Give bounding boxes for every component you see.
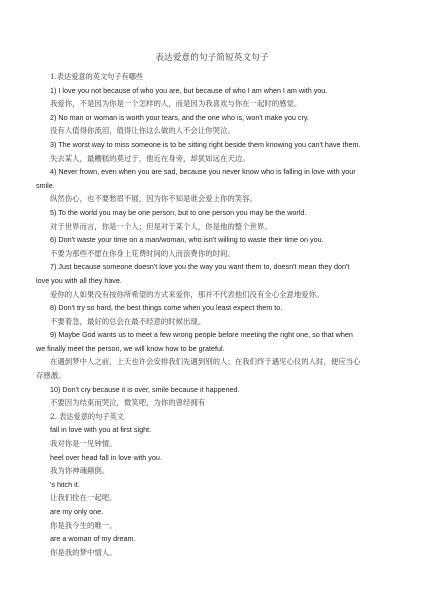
phrase-zh-2: 我为你神魂颠倒。	[36, 464, 362, 478]
sentence-zh-10: 不要因为结束而哭泣，微笑吧，为你的曾经拥有	[36, 396, 362, 410]
sentence-zh-8: 不要着急，最好的总会在最不经意的时候出现。	[36, 315, 362, 329]
sentence-en-8: 8) Don't try so hard, the best things co…	[36, 301, 362, 315]
phrase-en-3: 's hitch it.	[36, 478, 362, 492]
sentence-en-4: 4) Never frown, even when you are sad, b…	[36, 165, 362, 192]
sentence-en-2: 2) No man or woman is worth your tears, …	[36, 111, 362, 125]
sentence-zh-9: 在遇到梦中人之前，上天也许会安排我们先遇到别的人；在我们终于遇见心仪的人时，便应…	[36, 355, 362, 382]
sentence-zh-3: 失去某人，最糟糕的莫过于，他近在身旁，却犹如远在天边。	[36, 152, 362, 166]
document-page: 表达爱意的句子简短英文句子 1.表达爱意的英文句子有哪些 1) I love y…	[0, 0, 424, 600]
document-body: 1.表达爱意的英文句子有哪些 1) I love you not because…	[36, 70, 362, 559]
phrase-en-1: fall in love with you at first sight.	[36, 423, 362, 437]
sentence-zh-7: 爱你的人如果没有按你所希望的方式来爱你，那并不代表他们没有全心全意地爱你。	[36, 288, 362, 302]
phrase-en-4: are my only one.	[36, 505, 362, 519]
phrase-zh-5: 你是我的梦中情人。	[36, 546, 362, 560]
section-2-heading: 2. 表达爱意的句子英文	[36, 410, 362, 424]
sentence-zh-6: 不要为那些不愿在你身上花费时间的人而浪费你的时间。	[36, 247, 362, 261]
sentence-zh-5: 对于世界而言，你是一个人；但是对于某个人，你是他的整个世界。	[36, 220, 362, 234]
sentence-en-10: 10) Don't cry because it is over, smile …	[36, 383, 362, 397]
sentence-en-3: 3) The worst way to miss someone is to b…	[36, 138, 362, 152]
sentence-en-6: 6) Don't waste your time on a man/woman,…	[36, 233, 362, 247]
phrase-en-2: heel over head fall in love with you.	[36, 451, 362, 465]
section-1-heading: 1.表达爱意的英文句子有哪些	[36, 70, 362, 84]
sentence-zh-1: 我爱你，不是因为你是一个怎样的人，而是因为我喜欢与你在一起时的感觉。	[36, 97, 362, 111]
sentence-en-7: 7) Just because someone doesn't love you…	[36, 260, 362, 287]
sentence-zh-4: 纵然伤心，也不要愁眉不展，因为你不知是谁会爱上你的笑容。	[36, 192, 362, 206]
phrase-zh-1: 我对你是一见钟情。	[36, 437, 362, 451]
sentence-zh-2: 没有人值得你流泪，值得让你这么做的人不会让你哭泣。	[36, 124, 362, 138]
sentence-en-5: 5) To the world you may be one person, b…	[36, 206, 362, 220]
sentence-en-1: 1) I love you not because of who you are…	[36, 84, 362, 98]
phrase-zh-4: 你是我今生的唯一。	[36, 519, 362, 533]
phrase-en-5: are a woman of my dream.	[36, 532, 362, 546]
phrase-zh-3: 让我们拴在一起吧。	[36, 491, 362, 505]
document-title: 表达爱意的句子简短英文句子	[0, 51, 424, 63]
sentence-en-9: 9) Maybe God wants us to meet a few wron…	[36, 328, 362, 355]
